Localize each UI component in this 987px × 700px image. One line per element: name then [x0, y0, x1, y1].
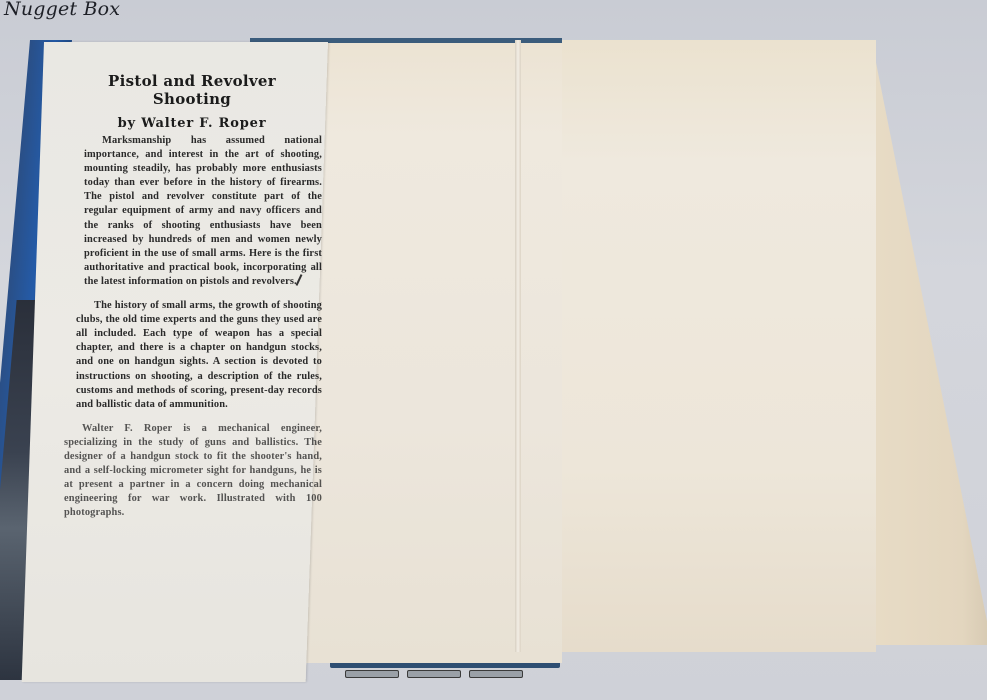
title-line-1: Pistol and Revolver: [62, 72, 322, 90]
board-foot-edge: [345, 670, 523, 678]
open-book: Pistol and Revolver Shooting by Walter F…: [0, 0, 987, 700]
blurb-paragraph: The history of small arms, the growth of…: [76, 299, 322, 412]
board-foot-notch: [407, 670, 461, 678]
watermark-label: Nugget Box: [4, 0, 120, 20]
jacket-title: Pistol and Revolver Shooting: [62, 72, 322, 108]
jacket-author: by Walter F. Roper: [62, 116, 322, 131]
author-bio-paragraph: Walter F. Roper is a mechanical engineer…: [64, 422, 322, 521]
page-block-edge: [862, 55, 987, 645]
jacket-flap-text: Pistol and Revolver Shooting by Walter F…: [62, 72, 322, 520]
board-foot-notch: [345, 670, 399, 678]
title-line-2: Shooting: [62, 90, 322, 108]
board-foot-notch: [469, 670, 523, 678]
blurb-paragraph: Marksmanship has assumed national import…: [84, 134, 322, 289]
book-gutter: [515, 40, 521, 652]
right-endpaper: [518, 40, 876, 652]
